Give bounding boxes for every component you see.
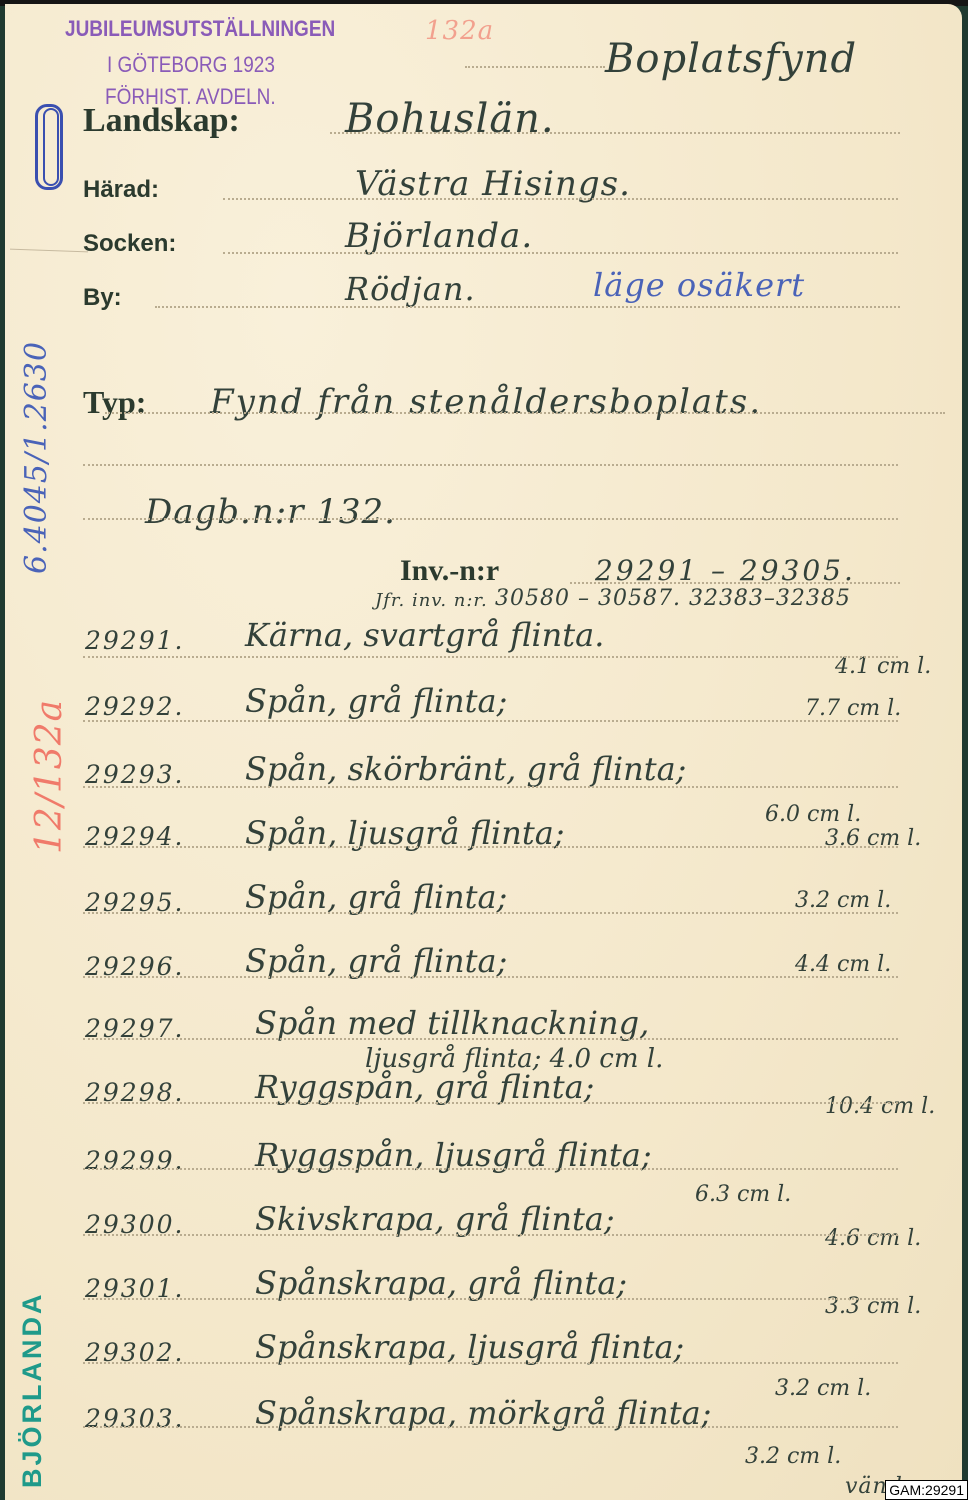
socken-label: Socken: — [83, 230, 176, 258]
socken-value: Björlanda. — [345, 216, 533, 256]
landskap-value: Bohuslän. — [345, 96, 555, 142]
entry-line — [83, 1298, 898, 1300]
entry-description: Spån med tillknackning, — [255, 1004, 649, 1042]
entry-size: 3.2 cm l. — [745, 1444, 841, 1469]
top-red-annotation: 132a — [425, 16, 494, 46]
socken-line — [223, 252, 898, 254]
entry-description: Spån, grå flinta; — [245, 942, 507, 980]
typ-line — [105, 412, 945, 414]
inventory-line — [570, 582, 900, 584]
entry-line — [83, 786, 898, 788]
landskap-line — [330, 132, 900, 134]
entry-size: 3.2 cm l. — [775, 1376, 871, 1401]
entry-size: 4.4 cm l. — [795, 952, 891, 977]
typ-label: Typ: — [83, 384, 146, 421]
dagbok-number: Dagb.n:r 132. — [145, 492, 396, 532]
harad-line — [223, 198, 898, 200]
entry-size: 10.4 cm l. — [825, 1094, 935, 1119]
compare-numbers: 30580 – 30587. 32383–32385 — [495, 586, 851, 611]
blue-scribble-mark-inner — [43, 108, 59, 186]
entry-line — [83, 1426, 898, 1428]
stamp-line-2: I GÖTEBORG 1923 — [107, 55, 275, 77]
entry-number: 29291. — [85, 626, 184, 655]
by-label: By: — [83, 284, 122, 312]
entry-description: Spånskrapa, grå flinta; — [255, 1264, 627, 1302]
by-value: Rödjan. — [345, 270, 476, 308]
dagbok-line — [83, 518, 898, 520]
entry-size: 7.7 cm l. — [805, 696, 901, 721]
blank-line-1 — [83, 464, 898, 466]
paper-crease — [10, 249, 88, 253]
entry-size: 6.0 cm l. — [765, 802, 861, 827]
entry-description: Skivskrapa, grå flinta; — [255, 1200, 615, 1238]
catalog-card: JUBILEUMSUTSTÄLLNINGEN I GÖTEBORG 1923 F… — [5, 4, 962, 1500]
inventory-label: Inv.-n:r — [400, 554, 499, 588]
entry-line — [83, 1362, 898, 1364]
entry-line — [83, 1038, 898, 1040]
entry-line — [83, 1168, 898, 1170]
category-value: Boplatsfynd — [605, 36, 857, 82]
by-location-note: läge osäkert — [593, 266, 805, 304]
margin-blue-number: 6.4045/1.2630 — [19, 341, 54, 574]
landskap-label: Landskap: — [83, 102, 240, 140]
margin-teal-parish: BJÖRLANDA — [17, 1291, 48, 1488]
by-line — [155, 306, 900, 308]
entry-line — [83, 912, 898, 914]
entry-description: Spån, skörbränt, grå flinta; — [245, 750, 686, 788]
entry-number: 29292. — [85, 692, 184, 721]
entry-description: Spån, grå flinta; — [245, 682, 507, 720]
entry-description: Spånskrapa, ljusgrå flinta; — [255, 1328, 684, 1366]
entry-line — [83, 720, 898, 722]
archive-id-label: GAM:29291 — [885, 1480, 968, 1500]
compare-label: Jfr. inv. n:r. — [375, 590, 488, 611]
entry-number: 29293. — [85, 760, 184, 789]
entry-line — [83, 656, 898, 658]
entry-line — [83, 846, 898, 848]
entry-line — [83, 1102, 898, 1104]
harad-label: Härad: — [83, 176, 159, 204]
entry-size: 3.2 cm l. — [795, 888, 891, 913]
category-line — [465, 66, 605, 68]
typ-value: Fynd från stenåldersboplats. — [210, 382, 762, 422]
entry-size: 4.6 cm l. — [825, 1226, 921, 1251]
entry-line — [83, 976, 898, 978]
entry-size: 6.3 cm l. — [695, 1182, 791, 1207]
entry-line — [83, 1234, 898, 1236]
stamp-line-1: JUBILEUMSUTSTÄLLNINGEN — [65, 19, 335, 41]
entry-number: 29299. — [85, 1146, 184, 1175]
entry-description: Ryggspån, grå flinta; — [255, 1068, 594, 1106]
margin-red-number: 12/132a — [29, 699, 70, 854]
entry-description: Spån, grå flinta; — [245, 878, 507, 916]
entry-description: Kärna, svartgrå flinta. — [245, 616, 604, 654]
entry-number: 29303. — [85, 1404, 184, 1433]
